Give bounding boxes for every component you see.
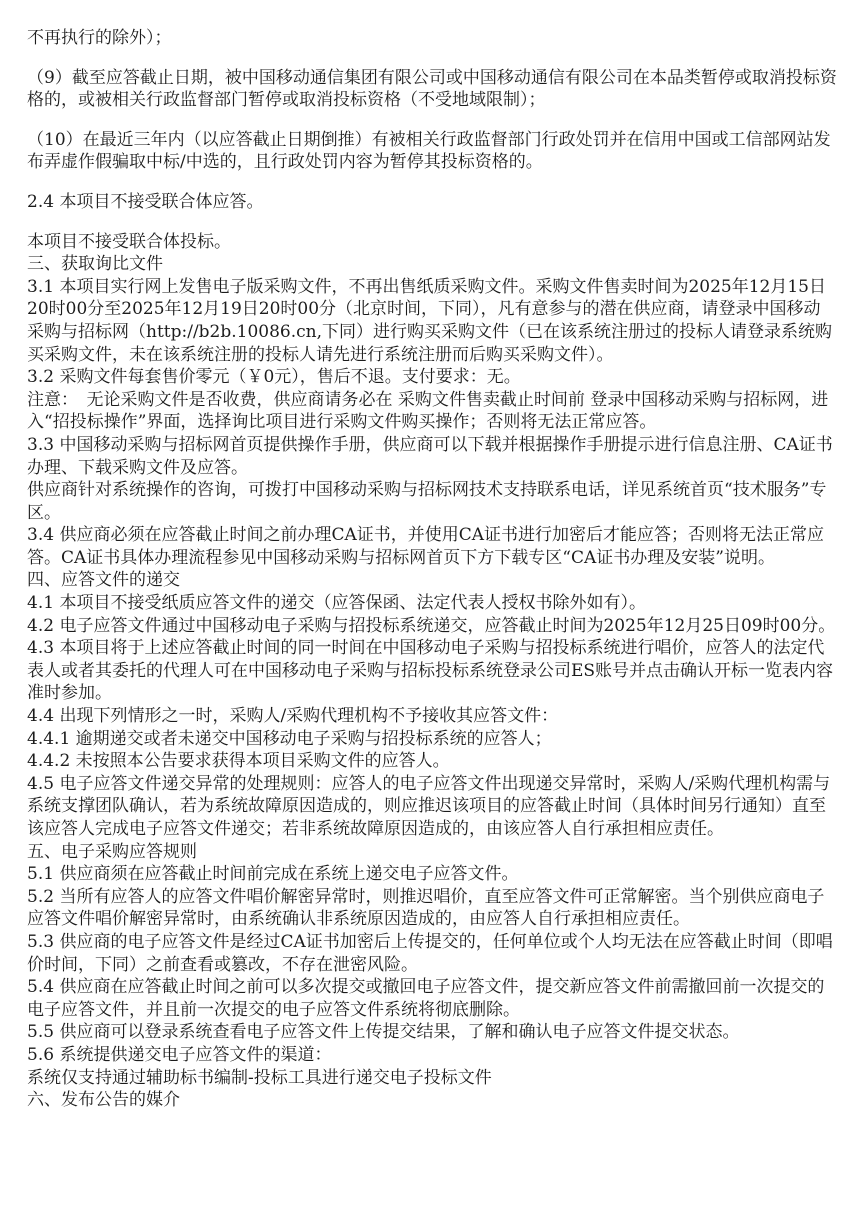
paragraph: 3.4 供应商必须在应答截止时间之前办理CA证书，并使用CA证书进行加密后才能应… [27, 524, 837, 569]
paragraph: 系统仅支持通过辅助标书编制-投标工具进行递交电子投标文件 [27, 1067, 837, 1090]
paragraph: 5.6 系统提供递交电子应答文件的渠道： [27, 1044, 837, 1067]
paragraph: 3.1 本项目实行网上发售电子版采购文件，不再出售纸质采购文件。采购文件售卖时间… [27, 276, 837, 366]
paragraph: 3.2 采购文件每套售价零元（￥0元），售后不退。支付要求：无。 [27, 366, 837, 389]
paragraph: 注意： 无论采购文件是否收费，供应商请务必在 采购文件售卖截止时间前 登录中国移… [27, 389, 837, 434]
paragraph: 4.2 电子应答文件通过中国移动电子采购与招投标系统递交，应答截止时间为2025… [27, 615, 837, 638]
paragraph: 本项目不接受联合体投标。 [27, 231, 837, 254]
paragraph: 五、电子采购应答规则 [27, 841, 837, 864]
paragraph: 4.4.1 逾期递交或者未递交中国移动电子采购与招投标系统的应答人； [27, 728, 837, 751]
paragraph: 5.4 供应商在应答截止时间之前可以多次提交或撤回电子应答文件，提交新应答文件前… [27, 976, 837, 1021]
paragraph: 四、应答文件的递交 [27, 569, 837, 592]
paragraph: 三、获取询比文件 [27, 253, 837, 276]
paragraph: 供应商针对系统操作的咨询，可拨打中国移动采购与招标网技术支持联系电话，详见系统首… [27, 479, 837, 524]
paragraph: （10）在最近三年内（以应答截止日期倒推）有被相关行政监督部门行政处罚并在信用中… [27, 129, 837, 174]
paragraph: 4.3 本项目将于上述应答截止时间的同一时间在中国移动电子采购与招投标系统进行唱… [27, 637, 837, 705]
paragraph: 4.5 电子应答文件递交异常的处理规则：应答人的电子应答文件出现递交异常时，采购… [27, 773, 837, 841]
paragraph: 不再执行的除外）； [27, 27, 837, 50]
paragraph: 5.3 供应商的电子应答文件是经过CA证书加密后上传提交的，任何单位或个人均无法… [27, 931, 837, 976]
paragraph: 3.3 中国移动采购与招标网首页提供操作手册，供应商可以下载并根据操作手册提示进… [27, 434, 837, 479]
paragraph: 4.4 出现下列情形之一时，采购人/采购代理机构不予接收其应答文件： [27, 705, 837, 728]
document-content: 不再执行的除外）；（9）截至应答截止日期，被中国移动通信集团有限公司或中国移动通… [27, 27, 837, 1112]
paragraph: 5.2 当所有应答人的应答文件唱价解密异常时，则推迟唱价，直至应答文件可正常解密… [27, 886, 837, 931]
paragraph: 5.5 供应商可以登录系统查看电子应答文件上传提交结果，了解和确认电子应答文件提… [27, 1021, 837, 1044]
paragraph: 2.4 本项目不接受联合体应答。 [27, 191, 837, 214]
paragraph: 六、发布公告的媒介 [27, 1089, 837, 1112]
paragraph: 4.4.2 未按照本公告要求获得本项目采购文件的应答人。 [27, 750, 837, 773]
paragraph: 5.1 供应商须在应答截止时间前完成在系统上递交电子应答文件。 [27, 863, 837, 886]
document-page: 不再执行的除外）；（9）截至应答截止日期，被中国移动通信集团有限公司或中国移动通… [0, 0, 853, 1206]
paragraph: 4.1 本项目不接受纸质应答文件的递交（应答保函、法定代表人授权书除外如有）。 [27, 592, 837, 615]
paragraph: （9）截至应答截止日期，被中国移动通信集团有限公司或中国移动通信有限公司在本品类… [27, 67, 837, 112]
